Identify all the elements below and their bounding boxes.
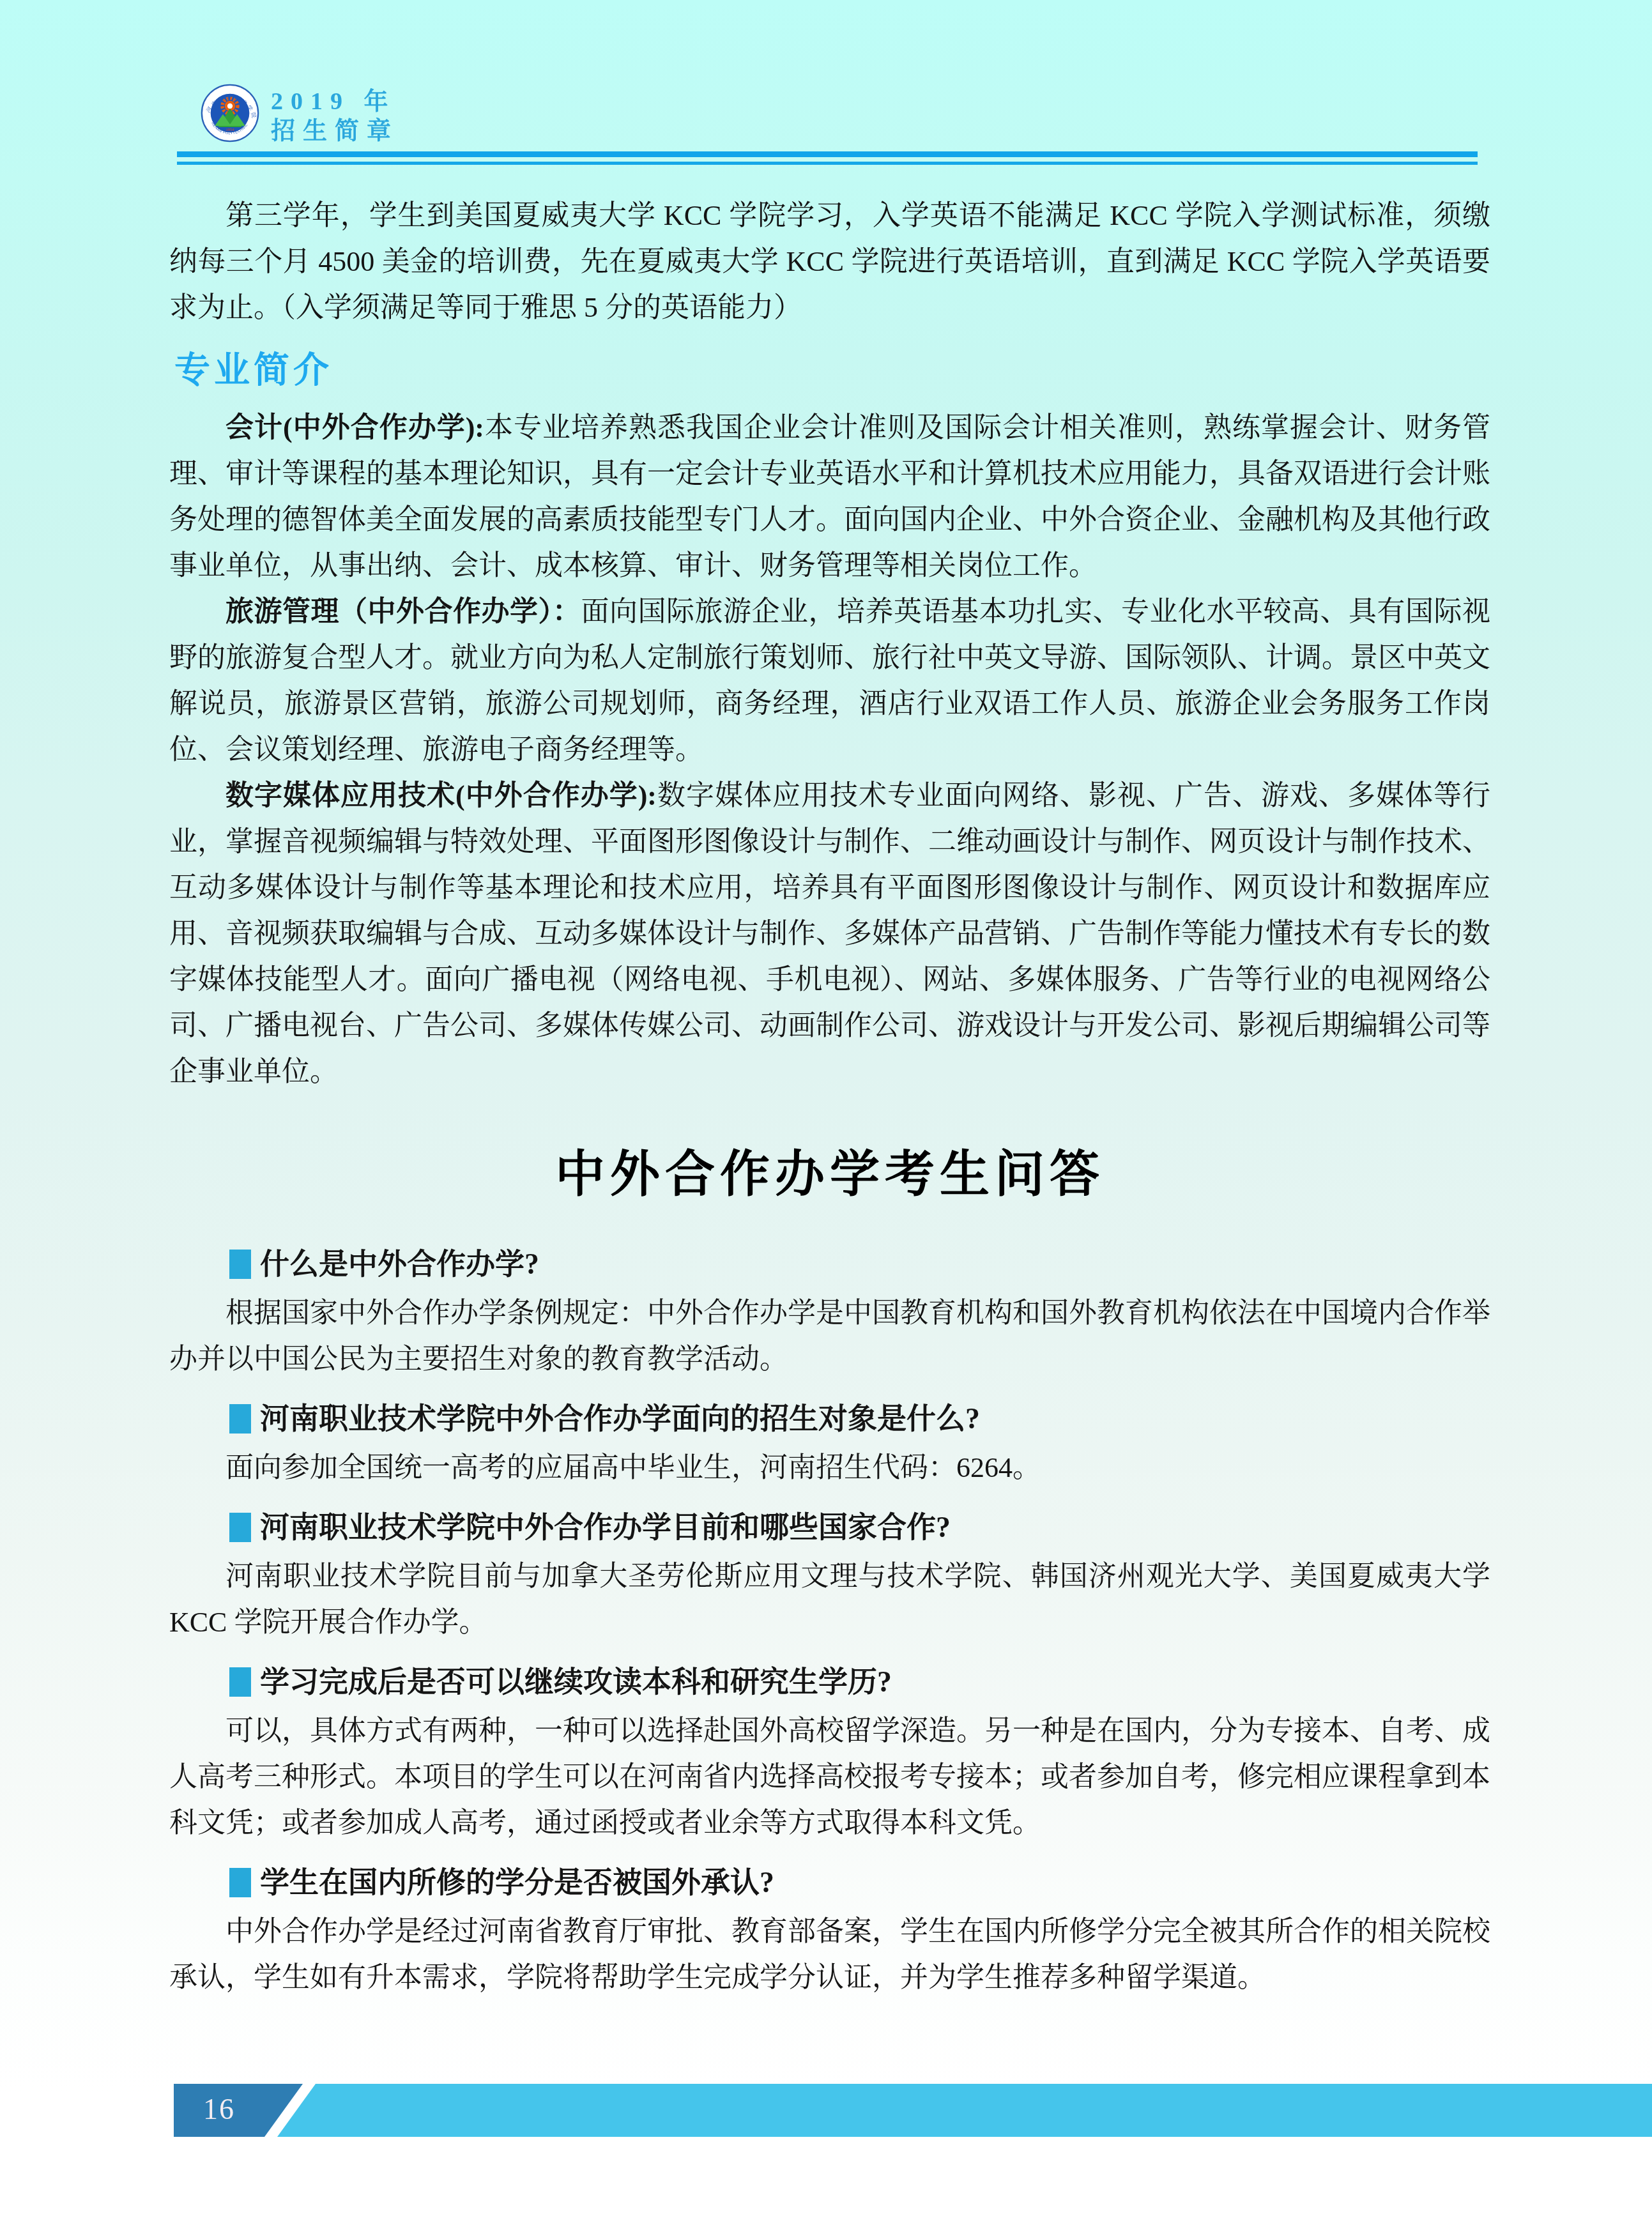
section-title-majors: 专业简介 [174, 349, 1490, 392]
qa-question-2-text: 河南职业技术学院中外合作办学面向的招生对象是什么? [260, 1399, 980, 1439]
square-bullet-icon [229, 1868, 251, 1897]
qa-section-title: 中外合作办学考生问答 [169, 1145, 1490, 1205]
page-number: 16 [174, 2084, 303, 2135]
school-emblem-logo: 1954 河南职业技术学院 HENAN POLYTECHNIC [201, 83, 259, 143]
major-lead-tourism: 旅游管理（中外合作办学）： [226, 596, 581, 627]
major-lead-accounting: 会计(中外合作办学): [226, 412, 484, 443]
qa-question-5: 学生在国内所修的学分是否被国外承认? [229, 1863, 1490, 1902]
header-year-line: 2019 年 [271, 87, 399, 116]
header-title: 2019 年 招生简章 [271, 87, 399, 146]
major-lead-digital-media: 数字媒体应用技术(中外合作办学): [226, 780, 657, 811]
qa-question-4: 学习完成后是否可以继续攻读本科和研究生学历? [229, 1662, 1490, 1702]
qa-question-3: 河南职业技术学院中外合作办学目前和哪些国家合作? [229, 1508, 1490, 1547]
qa-answer-3: 河南职业技术学院目前与加拿大圣劳伦斯应用文理与技术学院、韩国济州观光大学、美国夏… [169, 1554, 1490, 1646]
major-paragraph-accounting: 会计(中外合作办学):本专业培养熟悉我国企业会计准则及国际会计相关准则，熟练掌握… [169, 405, 1490, 589]
footer-accent-bar [277, 2084, 1652, 2137]
logo-year-badge: 1954 [226, 128, 235, 132]
qa-answer-2: 面向参加全国统一高考的应届高中毕业生，河南招生代码：6264。 [169, 1445, 1490, 1491]
header-brochure-line: 招生简章 [271, 116, 399, 146]
major-paragraph-digital-media: 数字媒体应用技术(中外合作办学):数字媒体应用技术专业面向网络、影视、广告、游戏… [169, 773, 1490, 1095]
qa-answer-5: 中外合作办学是经过河南省教育厅审批、教育部备案，学生在国内所修学分完全被其所合作… [169, 1909, 1490, 2001]
header-rule-thick [177, 151, 1478, 157]
square-bullet-icon [229, 1667, 251, 1697]
qa-question-1-text: 什么是中外合作办学? [260, 1244, 539, 1284]
intro-paragraph: 第三学年，学生到美国夏威夷大学 KCC 学院学习，入学英语不能满足 KCC 学院… [169, 193, 1490, 331]
qa-answer-1: 根据国家中外合作办学条例规定：中外合作办学是中国教育机构和国外教育机构依法在中国… [169, 1290, 1490, 1382]
school-emblem-icon: 1954 河南职业技术学院 HENAN POLYTECHNIC [201, 83, 259, 143]
header-rule-thin [177, 162, 1478, 165]
qa-answer-4: 可以，具体方式有两种，一种可以选择赴国外高校留学深造。另一种是在国内，分为专接本… [169, 1708, 1490, 1846]
page-content: 第三学年，学生到美国夏威夷大学 KCC 学院学习，入学英语不能满足 KCC 学院… [169, 193, 1490, 2001]
square-bullet-icon [229, 1404, 251, 1434]
brochure-page: { "header": { "line1": "2019 年", "line2"… [0, 0, 1652, 2225]
square-bullet-icon [229, 1513, 251, 1542]
major-paragraph-tourism: 旅游管理（中外合作办学）：面向国际旅游企业，培养英语基本功扎实、专业化水平较高、… [169, 589, 1490, 773]
qa-question-4-text: 学习完成后是否可以继续攻读本科和研究生学历? [260, 1662, 892, 1702]
qa-question-5-text: 学生在国内所修的学分是否被国外承认? [260, 1863, 774, 1902]
major-body-digital-media: 数字媒体应用技术专业面向网络、影视、广告、游戏、多媒体等行业，掌握音视频编辑与特… [169, 780, 1490, 1087]
square-bullet-icon [229, 1250, 251, 1279]
qa-question-1: 什么是中外合作办学? [229, 1244, 1490, 1284]
qa-question-3-text: 河南职业技术学院中外合作办学目前和哪些国家合作? [260, 1508, 951, 1547]
qa-question-2: 河南职业技术学院中外合作办学面向的招生对象是什么? [229, 1399, 1490, 1439]
